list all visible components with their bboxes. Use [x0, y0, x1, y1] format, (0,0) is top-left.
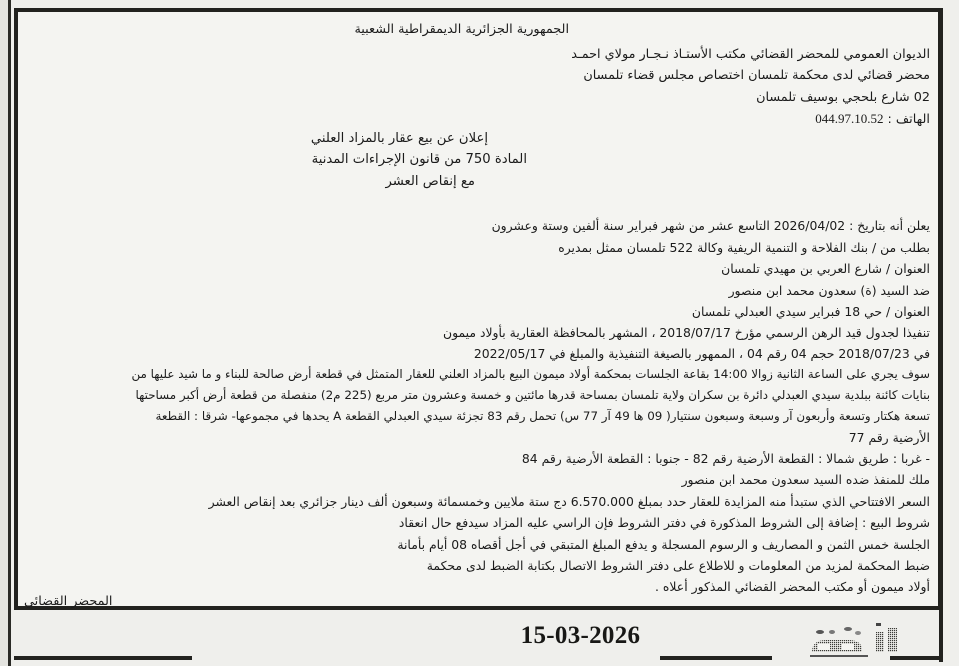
body-line: بنايات كائنة ببلدية سيدي العبدلي دائرة ب… [136, 387, 930, 404]
notice-title: إعلان عن بيع عقار بالمزاد العلني [311, 130, 488, 147]
body-line: أولاد ميمون أو مكتب المحضر القضائي المذك… [655, 578, 930, 595]
office-address: 02 شارع بلحجي بوسيف تلمسان [756, 89, 930, 106]
body-line: سوف يجري على الساعة الثانية زوالا 14:00 … [131, 366, 930, 383]
body-line: تسعة هكتار وتسعة وأربعون آر وسبعة وسبعون… [155, 408, 930, 425]
body-line: يعلن أنه بتاريخ : 2026/04/02 التاسع عشر … [492, 217, 930, 234]
body-line: ضبط المحكمة لمزيد من المعلومات و للاطلاع… [427, 557, 930, 574]
page-right-border [939, 8, 943, 662]
body-line: العنوان / شارع العربي بن مهيدي تلمسان [721, 260, 930, 277]
body-line: العنوان / حي 18 فبراير سيدي العبدلي تلمس… [692, 303, 930, 320]
phone-line: الهاتف : 044.97.10.52 [815, 110, 930, 128]
body-line: السعر الافتتاحي الذي ستبدأ منه المزايدة … [209, 493, 930, 510]
body-line: - غربا : طريق شمالا : القطعة الأرضية رقم… [522, 450, 930, 467]
body-line: الجلسة خمس الثمن و المصاريف و الرسوم الم… [397, 536, 930, 553]
page-edge [0, 0, 11, 666]
phone-label: الهاتف : [888, 112, 930, 127]
notice-subtitle: مع إنقاص العشر [385, 173, 475, 190]
body-line: ملك للمنفذ ضده السيد سعدون محمد ابن منصو… [682, 471, 930, 488]
body-line: بطلب من / بنك الفلاحة و التنمية الريفية … [558, 239, 930, 256]
phone-number: 044.97.10.52 [815, 111, 883, 126]
jurisdiction: محضر قضائي لدى محكمة تلمسان اختصاص مجلس … [583, 67, 930, 84]
footer-rule-left [14, 656, 192, 660]
newspaper-logo-icon [790, 620, 910, 660]
body-line: في 2018/07/23 حجم 04 رقم 04 ، الممهور با… [474, 345, 930, 362]
body-line: الأرضية رقم 77 [849, 429, 930, 446]
body-line: شروط البيع : إضافة إلى الشروط المذكورة ف… [399, 514, 930, 531]
signature-bailiff: المحضر القضائي [24, 593, 113, 610]
body-line: تنفيذا لجدول قيد الرهن الرسمي مؤرخ 2018/… [443, 324, 930, 341]
office-name: الديوان العمومي للمحضر القضائي مكتب الأس… [571, 46, 930, 63]
footer-rule-middle [660, 656, 772, 660]
body-line: ضد السيد (ة) سعدون محمد ابن منصور [729, 282, 930, 299]
republic-heading: الجمهورية الجزائرية الديمقراطية الشعبية [354, 21, 569, 38]
notice-legal-article: المادة 750 من قانون الإجراءات المدنية [312, 151, 527, 168]
publication-date: 15-03-2026 [508, 622, 653, 650]
